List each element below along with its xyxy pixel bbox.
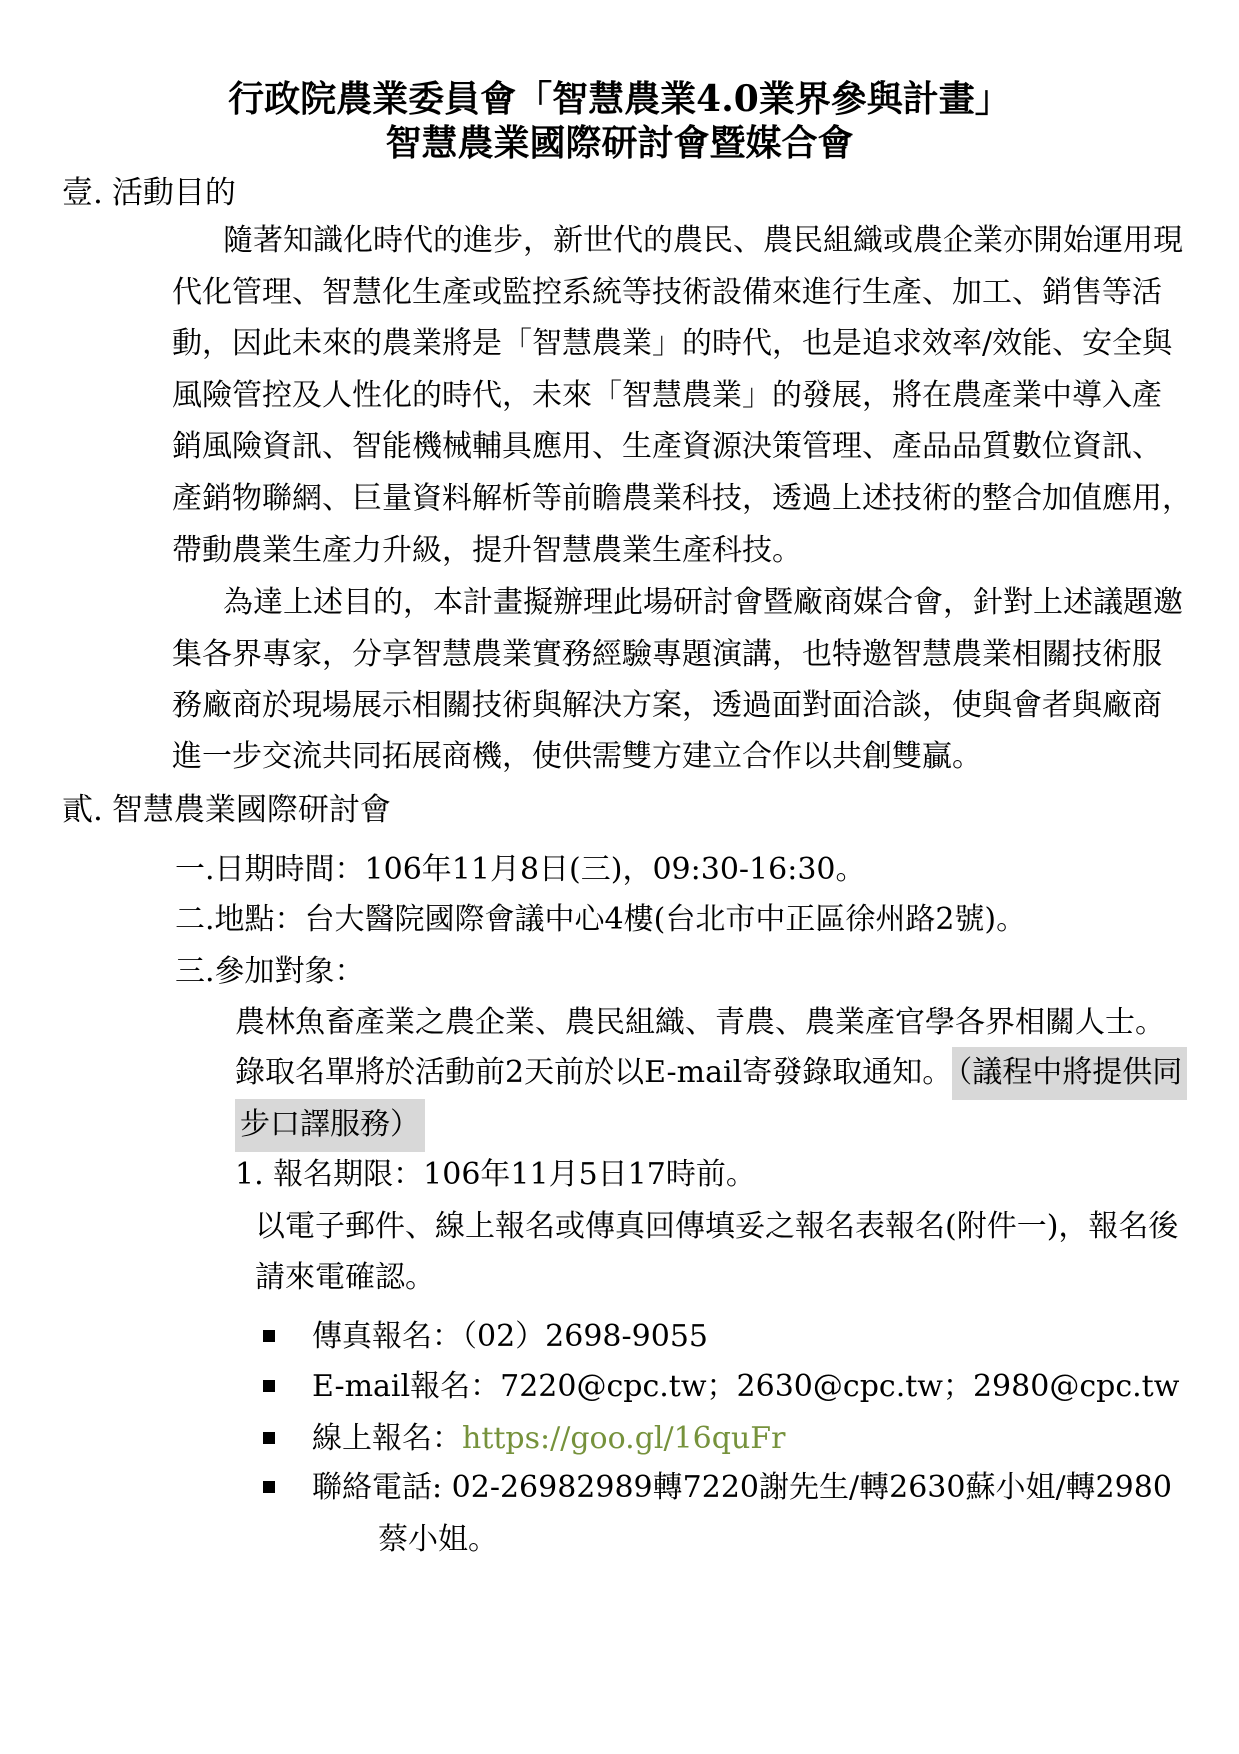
purpose-paragraph-line: 銷風險資訊、智能機械輔具應用、生產資源決策管理、產品品質數位資訊、 — [172, 424, 1162, 470]
online-registration-item: 線上報名：https://goo.gl/16quFr — [312, 1416, 785, 1462]
interpretation-note-highlight: 步口譯服務） — [235, 1099, 425, 1152]
purpose-paragraph-line: 進一步交流共同拓展商機，使供需雙方建立合作以共創雙贏。 — [172, 734, 982, 780]
contact-phone-item: 聯絡電話: 02-26982989轉7220謝先生/轉2630蘇小姐/轉2980 — [312, 1465, 1172, 1511]
section-purpose-heading: 壹.活動目的 — [62, 170, 236, 216]
doc-subtitle: 智慧農業國際研討會暨媒合會 — [0, 120, 1239, 166]
seminar-location-item: 二.地點：台大醫院國際會議中心4樓(台北市中正區徐州路2號)。 — [175, 897, 1026, 943]
document-page: 行政院農業委員會「智慧農業4.0業界參與計畫」 智慧農業國際研討會暨媒合會 壹.… — [0, 0, 1239, 1754]
purpose-paragraph-line: 為達上述目的，本計畫擬辦理此場研討會暨廠商媒合會，針對上述議題邀 — [223, 580, 1183, 626]
audience-desc-line: 農林魚畜產業之農企業、農民組織、青農、農業產官學各界相關人士。 — [235, 1000, 1165, 1046]
purpose-paragraph-line: 隨著知識化時代的進步，新世代的農民、農民組織或農企業亦開始運用現 — [223, 218, 1183, 264]
interpretation-note-highlight: （議程中將提供同 — [952, 1047, 1187, 1100]
seminar-date-item: 一.日期時間：106年11月8日(三)，09:30-16:30。 — [175, 847, 866, 893]
section-seminar-number: 貳. — [62, 787, 103, 833]
contact-phone-continuation: 蔡小姐。 — [378, 1517, 498, 1563]
email-registration-item: E-mail報名：7220@cpc.tw；2630@cpc.tw；2980@cp… — [312, 1364, 1179, 1410]
purpose-paragraph-line: 帶動農業生產力升級，提升智慧農業生產科技。 — [172, 528, 802, 574]
seminar-audience-item: 三.參加對象： — [175, 949, 365, 995]
online-registration-label: 線上報名： — [312, 1421, 462, 1456]
bullet-square-icon — [263, 1481, 275, 1493]
doc-title: 行政院農業委員會「智慧農業4.0業界參與計畫」 — [0, 76, 1239, 122]
bullet-square-icon — [263, 1330, 275, 1342]
purpose-paragraph-line: 代化管理、智慧化生產或監控系統等技術設備來進行生產、加工、銷售等活 — [172, 270, 1162, 316]
bullet-square-icon — [263, 1380, 275, 1392]
registration-method-line: 以電子郵件、線上報名或傳真回傳填妥之報名表報名(附件一)，報名後 — [255, 1204, 1178, 1250]
fax-registration-item: 傳真報名：（02）2698-9055 — [312, 1314, 708, 1360]
purpose-paragraph-line: 務廠商於現場展示相關技術與解決方案，透過面對面洽談，使與會者與廠商 — [172, 683, 1162, 729]
purpose-paragraph-line: 產銷物聯網、巨量資料解析等前瞻農業科技，透過上述技術的整合加值應用， — [172, 476, 1192, 522]
registration-deadline-item: 1. 報名期限：106年11月5日17時前。 — [235, 1152, 756, 1198]
section-seminar-heading: 貳.智慧農業國際研討會 — [62, 787, 391, 833]
section-purpose-number: 壹. — [62, 170, 103, 216]
purpose-paragraph-line: 風險管控及人性化的時代，未來「智慧農業」的發展，將在農產業中導入產 — [172, 373, 1162, 419]
purpose-paragraph-line: 集各界專家，分享智慧農業實務經驗專題演講，也特邀智慧農業相關技術服 — [172, 632, 1162, 678]
registration-method-line: 請來電確認。 — [255, 1255, 435, 1301]
interpretation-note-line: 步口譯服務） — [235, 1102, 425, 1148]
bullet-square-icon — [263, 1432, 275, 1444]
section-purpose-title: 活動目的 — [112, 170, 236, 216]
audience-notice-text: 錄取名單將於活動前2天前於以E-mail寄發錄取通知。 — [235, 1055, 952, 1090]
audience-notice-line: 錄取名單將於活動前2天前於以E-mail寄發錄取通知。（議程中將提供同 — [235, 1050, 1187, 1096]
section-seminar-title: 智慧農業國際研討會 — [112, 787, 391, 833]
purpose-paragraph-line: 動，因此未來的農業將是「智慧農業」的時代，也是追求效率/效能、安全與 — [172, 321, 1172, 367]
online-registration-link[interactable]: https://goo.gl/16quFr — [462, 1421, 785, 1456]
